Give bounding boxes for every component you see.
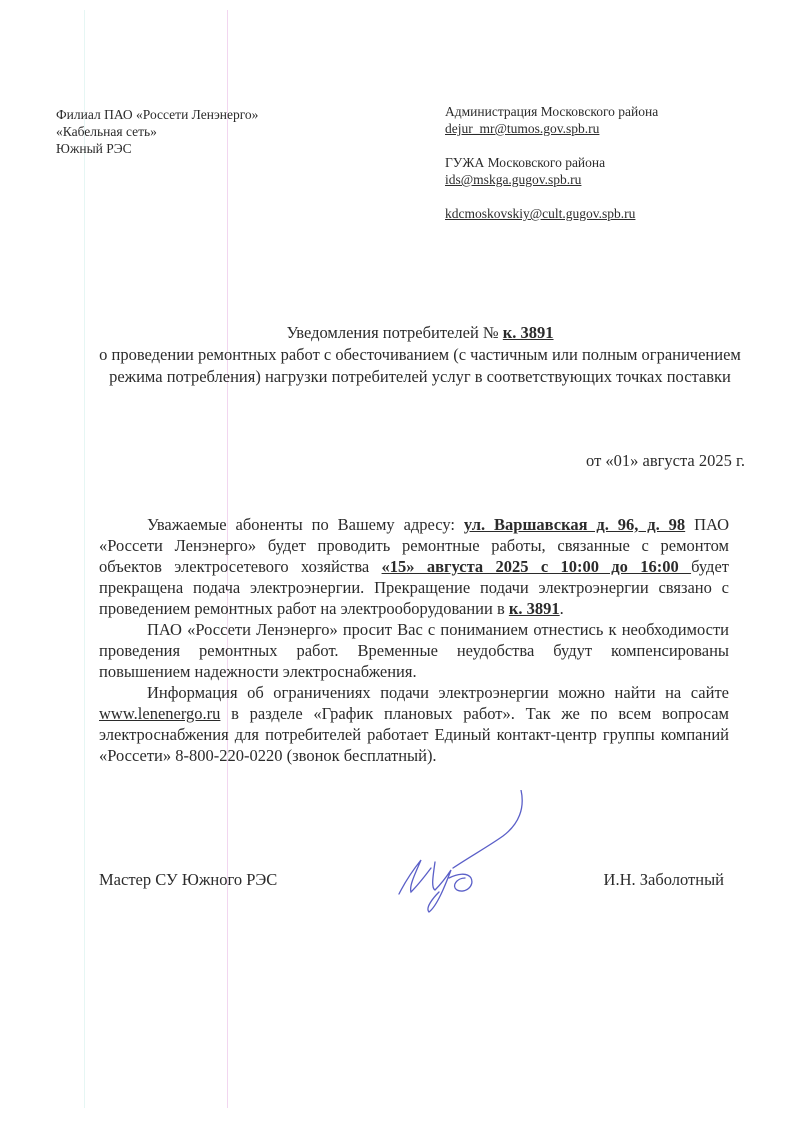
text: . [560,599,564,618]
handwritten-signature-icon [391,790,541,920]
document-body: Уважаемые абоненты по Вашему адресу: ул.… [99,514,729,766]
outage-time: «15» августа 2025 с 10:00 до 16:00 [382,557,692,576]
recipient-email-link[interactable]: kdcmoskovskiy@cult.gugov.spb.ru [445,206,635,221]
recipient-email-link[interactable]: ids@mskga.gugov.spb.ru [445,172,581,187]
recipient: kdcmoskovskiy@cult.gugov.spb.ru [445,205,658,222]
recipients-block: Администрация Московского района dejur_m… [445,103,658,239]
recipient: ГУЖА Московского района ids@mskga.gugov.… [445,154,658,188]
text: Уважаемые абоненты по Вашему адресу: [147,515,464,534]
website-link[interactable]: www.lenenergo.ru [99,704,220,723]
document-title: Уведомления потребителей № к. 3891 о про… [90,322,750,388]
title-prefix: Уведомления потребителей № [286,323,502,342]
paragraph-outage: Уважаемые абоненты по Вашему адресу: ул.… [99,514,729,619]
paragraph-info: Информация об ограничениях подачи электр… [99,682,729,766]
signer-position: Мастер СУ Южного РЭС [99,870,277,890]
paragraph-apology: ПАО «Россети Ленэнерго» просит Вас с пон… [99,619,729,682]
recipient-name: ГУЖА Московского района [445,154,658,171]
document-date: от «01» августа 2025 г. [586,451,745,471]
outage-place: к. 3891 [509,599,560,618]
title-subject: о проведении ремонтных работ с обесточив… [99,345,741,386]
sender-line: Южный РЭС [56,140,258,157]
sender-line: «Кабельная сеть» [56,123,258,140]
sender-line: Филиал ПАО «Россети Ленэнерго» [56,106,258,123]
signer-name: И.Н. Заболотный [604,870,724,890]
recipient: Администрация Московского района dejur_m… [445,103,658,137]
address: ул. Варшавская д. 96, д. 98 [464,515,685,534]
sender-block: Филиал ПАО «Россети Ленэнерго» «Кабельна… [56,106,258,157]
recipient-name: Администрация Московского района [445,103,658,120]
recipient-email-link[interactable]: dejur_mr@tumos.gov.spb.ru [445,121,599,136]
notice-number: к. 3891 [503,323,554,342]
text: Информация об ограничениях подачи электр… [147,683,729,702]
scan-artifact-line [84,10,85,1108]
